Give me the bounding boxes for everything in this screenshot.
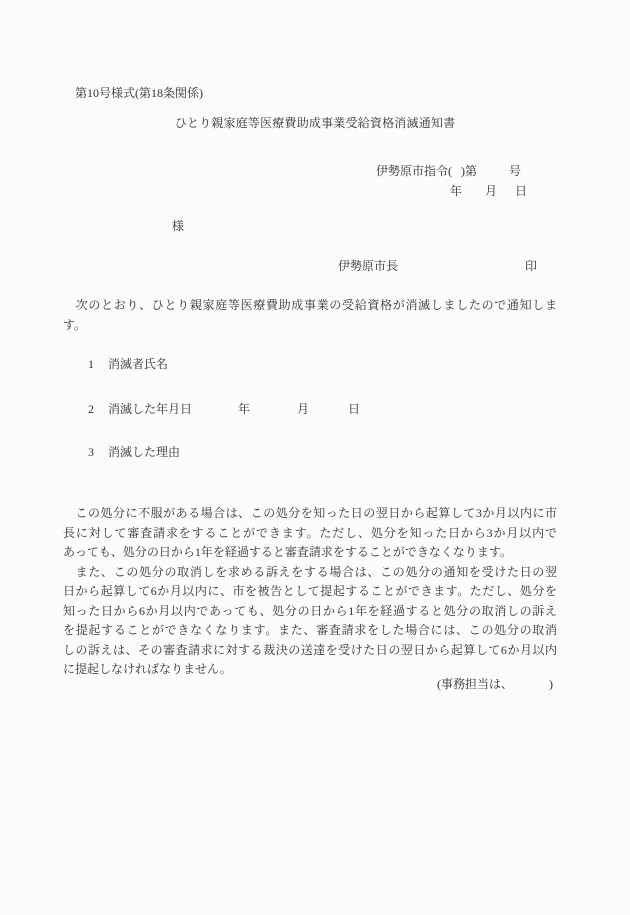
item-number: 3 xyxy=(88,445,94,460)
notification-body: 次のとおり、ひとり親家庭等医療費助成事業の受給資格が消滅しましたので通知しま す… xyxy=(63,296,557,335)
notification-body-line: 次のとおり、ひとり親家庭等医療費助成事業の受給資格が消滅しましたので通知しま xyxy=(63,296,557,316)
document-title: ひとり親家庭等医療費助成事業受給資格消滅通知書 xyxy=(0,116,630,131)
clerk-note-suffix: ) xyxy=(549,677,553,692)
appeal-line: しの訴えは、その審査請求に対する裁決の送達を受けた日の翌日から起算して6か月以内 xyxy=(63,641,557,661)
item-label: 消滅した理由 xyxy=(108,445,180,460)
appeal-line: を提起することができなくなります。また、審査請求をした場合には、この処分の取消 xyxy=(63,621,557,641)
appeal-line: 知った日から6か月以内であっても、処分の日から1年を経過すると処分の取消しの訴え xyxy=(63,602,557,622)
item-date-year-label: 年 xyxy=(238,402,250,417)
clerk-note-prefix: (事務担当は、 xyxy=(437,677,513,692)
directive-prefix: 伊勢原市指令( xyxy=(376,164,452,179)
appeal-line: あっても、処分の日から1年を経過すると審査請求をすることができなくなります。 xyxy=(63,543,557,563)
form-number: 第10号様式(第18条関係) xyxy=(75,86,203,101)
item-row-termination-date: 2 消滅した年月日 年 月 日 xyxy=(0,402,630,417)
seal-mark: 印 xyxy=(525,259,537,274)
item-row-deceased-name: 1 消滅者氏名 xyxy=(0,357,630,372)
item-label: 消滅した年月日 xyxy=(108,402,192,417)
item-date-day-label: 日 xyxy=(348,402,360,417)
clerk-note-line: (事務担当は、 ) xyxy=(0,677,630,692)
issuer-line: 伊勢原市長 印 xyxy=(0,259,630,274)
item-date-month-label: 月 xyxy=(297,402,309,417)
item-label: 消滅者氏名 xyxy=(108,357,168,372)
issue-date-line: 年 月 日 xyxy=(0,184,630,199)
addressee-honorific: 様 xyxy=(172,219,184,234)
appeal-line: 日から起算して6か月以内に、市を被告として提起することができます。ただし、処分を xyxy=(63,582,557,602)
directive-middle: )第 xyxy=(461,164,477,179)
item-number: 1 xyxy=(88,357,94,372)
date-year-label: 年 xyxy=(450,184,462,199)
appeal-notice: この処分に不服がある場合は、この処分を知った日の翌日から起算して3か月以内に市 … xyxy=(63,504,557,680)
notification-body-line: す。 xyxy=(63,316,557,336)
directive-suffix: 号 xyxy=(509,164,521,179)
item-row-termination-reason: 3 消滅した理由 xyxy=(0,445,630,460)
appeal-line: 長に対して審査請求をすることができます。ただし、処分を知った日から3か月以内で xyxy=(63,524,557,544)
item-number: 2 xyxy=(88,402,94,417)
issuer-title: 伊勢原市長 xyxy=(338,259,398,274)
appeal-line: また、この処分の取消しを求める訴えをする場合は、この処分の通知を受けた日の翌 xyxy=(63,563,557,583)
appeal-line: この処分に不服がある場合は、この処分を知った日の翌日から起算して3か月以内に市 xyxy=(63,504,557,524)
date-day-label: 日 xyxy=(515,184,527,199)
date-month-label: 月 xyxy=(485,184,497,199)
directive-number-line: 伊勢原市指令( )第 号 xyxy=(0,164,630,179)
document-page: 第10号様式(第18条関係) ひとり親家庭等医療費助成事業受給資格消滅通知書 伊… xyxy=(0,0,630,915)
